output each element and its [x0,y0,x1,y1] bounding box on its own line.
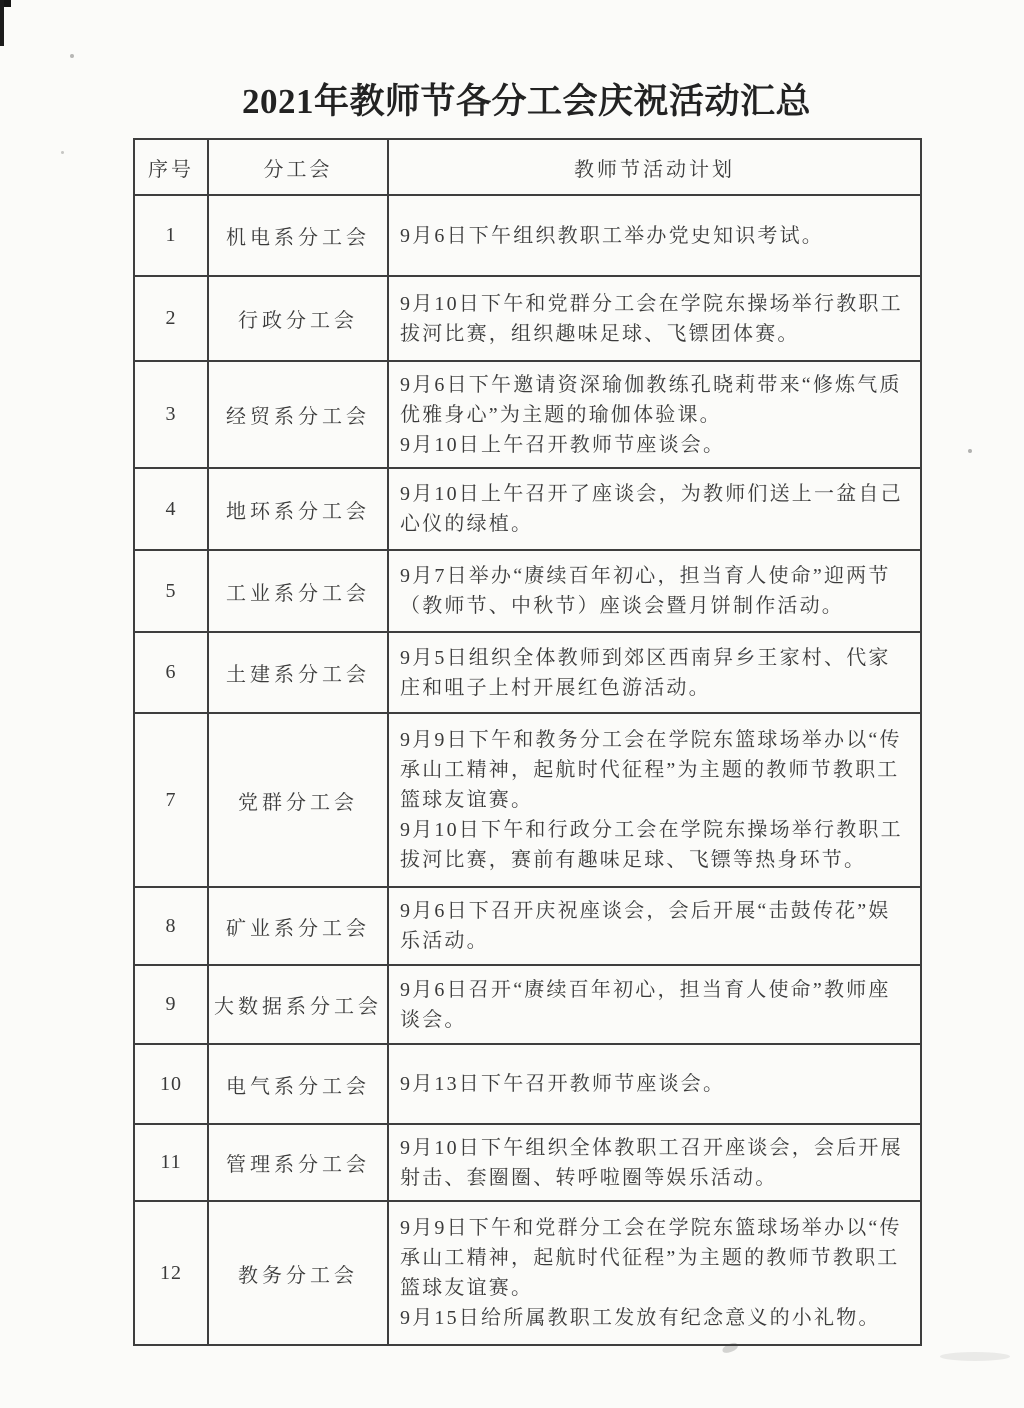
row-number: 7 [134,713,208,887]
row-number: 1 [134,195,208,276]
plan-cell: 9月6日召开“赓续百年初心，担当育人使命”教师座谈会。 [388,965,921,1044]
plan-cell: 9月6日下午邀请资深瑜伽教练孔晓莉带来“修炼气质 优雅身心”为主题的瑜伽体验课。… [388,361,921,468]
plan-cell: 9月9日下午和党群分工会在学院东篮球场举办以“传承山工精神，起航时代征程”为主题… [388,1201,921,1345]
union-name: 大数据系分工会 [208,965,388,1044]
col-header-plan: 教师节活动计划 [388,139,921,195]
union-name: 行政分工会 [208,276,388,361]
scan-smudge [940,1352,1010,1361]
union-name: 地环系分工会 [208,468,388,550]
row-number: 11 [134,1124,208,1201]
plan-line: 9月9日下午和党群分工会在学院东篮球场举办以“传承山工精神，起航时代征程”为主题… [400,1213,912,1303]
union-name: 矿业系分工会 [208,887,388,965]
plan-line: 9月6日召开“赓续百年初心，担当育人使命”教师座谈会。 [400,975,912,1035]
plan-line: 9月13日下午召开教师节座谈会。 [400,1069,912,1099]
scan-speck [70,54,74,58]
union-name: 管理系分工会 [208,1124,388,1201]
row-number: 8 [134,887,208,965]
plan-line: 9月10日上午召开了座谈会，为教师们送上一盆自己心仪的绿植。 [400,479,912,539]
plan-line: 9月10日上午召开教师节座谈会。 [400,430,912,460]
scan-edge-artifact [0,0,4,46]
union-name: 土建系分工会 [208,632,388,713]
table-header-row: 序号 分工会 教师节活动计划 [134,139,921,195]
scan-speck [61,151,64,154]
plan-line: 9月6日下召开庆祝座谈会，会后开展“击鼓传花”娱乐活动。 [400,896,912,956]
plan-line: 9月6日下午邀请资深瑜伽教练孔晓莉带来“修炼气质 优雅身心”为主题的瑜伽体验课。 [400,370,912,430]
table-row: 11管理系分工会9月10日下午组织全体教职工召开座谈会，会后开展射击、套圈圈、转… [134,1124,921,1201]
scan-speck [968,449,972,453]
table-row: 3经贸系分工会9月6日下午邀请资深瑜伽教练孔晓莉带来“修炼气质 优雅身心”为主题… [134,361,921,468]
row-number: 9 [134,965,208,1044]
table-row: 7党群分工会9月9日下午和教务分工会在学院东篮球场举办以“传承山工精神，起航时代… [134,713,921,887]
plan-line: 9月6日下午组织教职工举办党史知识考试。 [400,221,912,251]
table-row: 5工业系分工会9月7日举办“赓续百年初心，担当育人使命”迎两节（教师节、中秋节）… [134,550,921,632]
col-header-number: 序号 [134,139,208,195]
plan-line: 9月9日下午和教务分工会在学院东篮球场举办以“传承山工精神，起航时代征程”为主题… [400,725,912,815]
scanned-document-page: 2021年教师节各分工会庆祝活动汇总 序号 分工会 教师节活动计划 1机电系分工… [0,0,1024,1408]
table-row: 4地环系分工会9月10日上午召开了座谈会，为教师们送上一盆自己心仪的绿植。 [134,468,921,550]
union-name: 党群分工会 [208,713,388,887]
plan-cell: 9月6日下召开庆祝座谈会，会后开展“击鼓传花”娱乐活动。 [388,887,921,965]
table-row: 8矿业系分工会9月6日下召开庆祝座谈会，会后开展“击鼓传花”娱乐活动。 [134,887,921,965]
plan-cell: 9月5日组织全体教师到郊区西南舁乡王家村、代家庄和咀子上村开展红色游活动。 [388,632,921,713]
table-row: 6土建系分工会9月5日组织全体教师到郊区西南舁乡王家村、代家庄和咀子上村开展红色… [134,632,921,713]
row-number: 3 [134,361,208,468]
table-row: 10电气系分工会9月13日下午召开教师节座谈会。 [134,1044,921,1124]
plan-line: 9月7日举办“赓续百年初心，担当育人使命”迎两节（教师节、中秋节）座谈会暨月饼制… [400,561,912,621]
union-name: 工业系分工会 [208,550,388,632]
plan-line: 9月10日下午组织全体教职工召开座谈会，会后开展射击、套圈圈、转呼啦圈等娱乐活动… [400,1133,912,1193]
plan-cell: 9月9日下午和教务分工会在学院东篮球场举办以“传承山工精神，起航时代征程”为主题… [388,713,921,887]
table-row: 12教务分工会9月9日下午和党群分工会在学院东篮球场举办以“传承山工精神，起航时… [134,1201,921,1345]
row-number: 10 [134,1044,208,1124]
row-number: 5 [134,550,208,632]
plan-cell: 9月13日下午召开教师节座谈会。 [388,1044,921,1124]
plan-line: 9月5日组织全体教师到郊区西南舁乡王家村、代家庄和咀子上村开展红色游活动。 [400,643,912,703]
union-name: 电气系分工会 [208,1044,388,1124]
plan-cell: 9月7日举办“赓续百年初心，担当育人使命”迎两节（教师节、中秋节）座谈会暨月饼制… [388,550,921,632]
plan-cell: 9月10日上午召开了座谈会，为教师们送上一盆自己心仪的绿植。 [388,468,921,550]
table-row: 2行政分工会9月10日下午和党群分工会在学院东操场举行教职工拔河比赛，组织趣味足… [134,276,921,361]
row-number: 4 [134,468,208,550]
col-header-union: 分工会 [208,139,388,195]
row-number: 6 [134,632,208,713]
plan-cell: 9月10日下午组织全体教职工召开座谈会，会后开展射击、套圈圈、转呼啦圈等娱乐活动… [388,1124,921,1201]
row-number: 12 [134,1201,208,1345]
plan-line: 9月15日给所属教职工发放有纪念意义的小礼物。 [400,1303,912,1333]
table-row: 9大数据系分工会9月6日召开“赓续百年初心，担当育人使命”教师座谈会。 [134,965,921,1044]
activities-table: 序号 分工会 教师节活动计划 1机电系分工会9月6日下午组织教职工举办党史知识考… [133,138,922,1346]
table-body: 1机电系分工会9月6日下午组织教职工举办党史知识考试。2行政分工会9月10日下午… [134,195,921,1345]
page-title: 2021年教师节各分工会庆祝活动汇总 [133,74,920,124]
row-number: 2 [134,276,208,361]
union-name: 教务分工会 [208,1201,388,1345]
plan-line: 9月10日下午和党群分工会在学院东操场举行教职工拔河比赛，组织趣味足球、飞镖团体… [400,289,912,349]
plan-cell: 9月10日下午和党群分工会在学院东操场举行教职工拔河比赛，组织趣味足球、飞镖团体… [388,276,921,361]
union-name: 经贸系分工会 [208,361,388,468]
plan-line: 9月10日下午和行政分工会在学院东操场举行教职工拔河比赛，赛前有趣味足球、飞镖等… [400,815,912,875]
union-name: 机电系分工会 [208,195,388,276]
table-row: 1机电系分工会9月6日下午组织教职工举办党史知识考试。 [134,195,921,276]
plan-cell: 9月6日下午组织教职工举办党史知识考试。 [388,195,921,276]
